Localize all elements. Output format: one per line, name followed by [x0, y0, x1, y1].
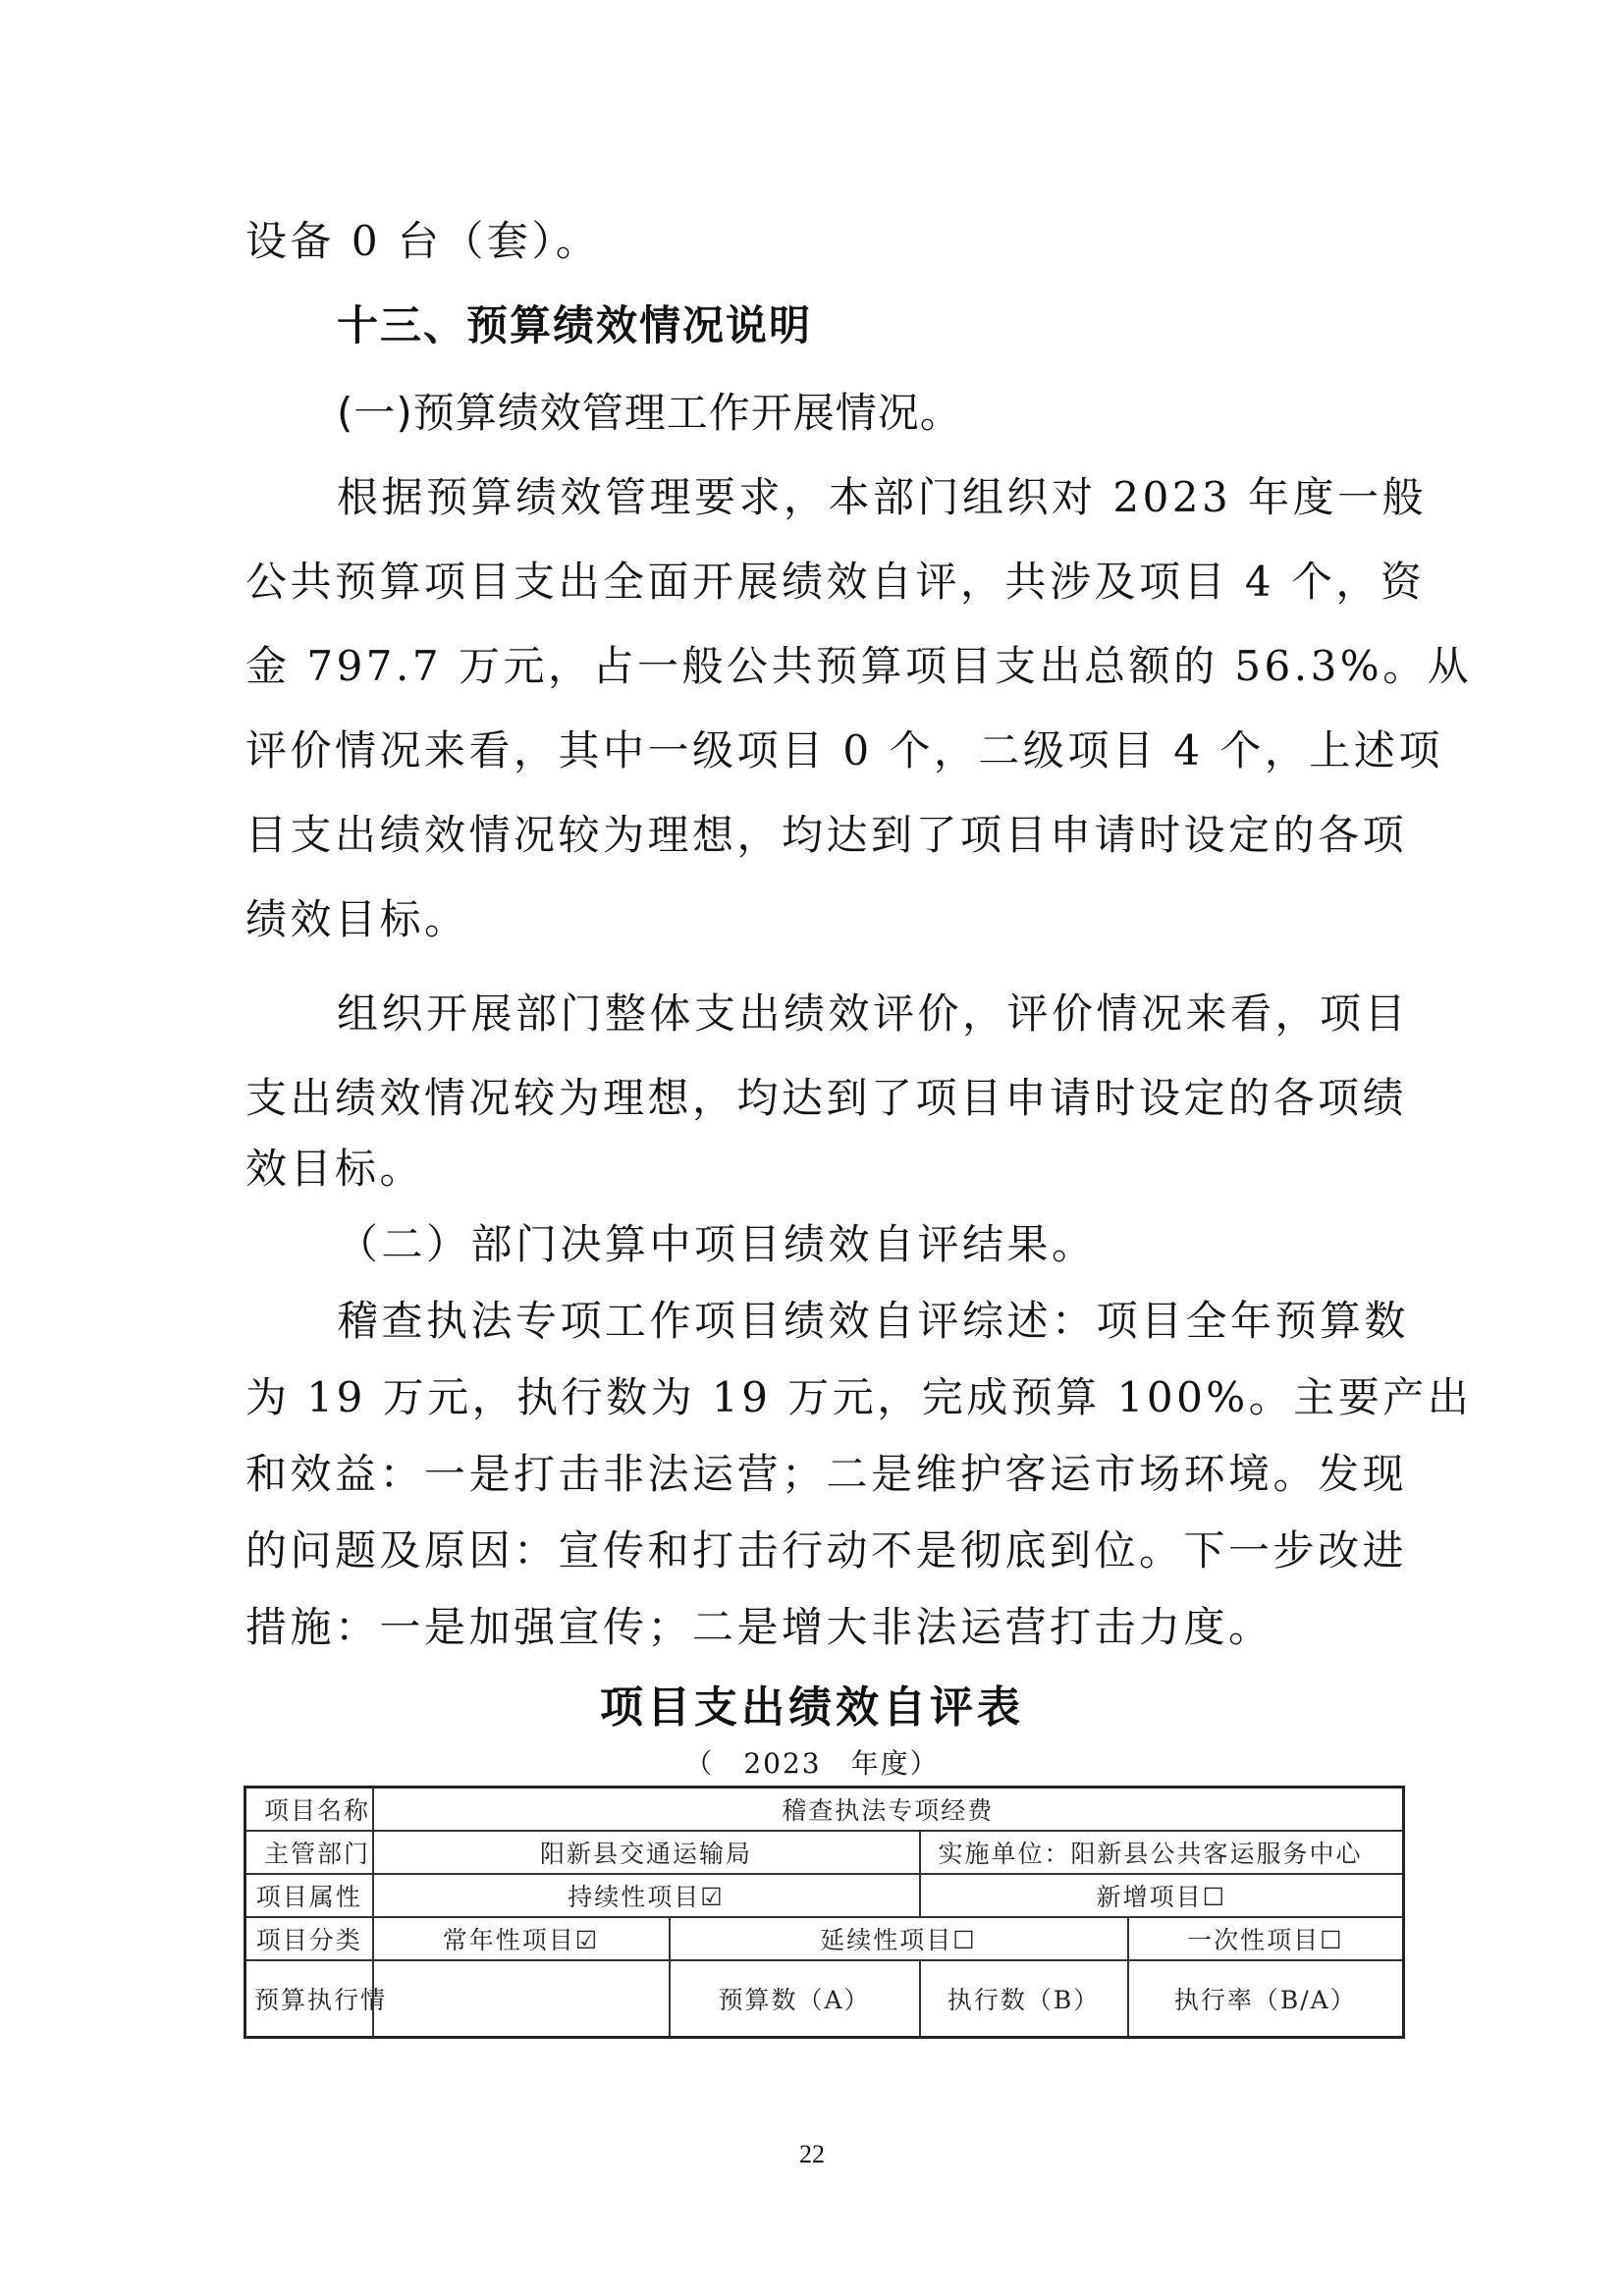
paragraph-line: 根据预算绩效管理要求，本部门组织对 2023 年度一般 — [337, 470, 1476, 525]
table-row: 项目属性 持续性项目☑ 新增项目☐ — [245, 1874, 1404, 1917]
paragraph-line: 设备 0 台（套）。 — [245, 214, 1384, 269]
paragraph-line: 支出绩效情况较为理想，均达到了项目申请时设定的各项绩 — [245, 1071, 1384, 1126]
paragraph-line: 评价情况来看，其中一级项目 0 个，二级项目 4 个，上述项 — [245, 723, 1384, 778]
dept-label: 主管部门 — [245, 1831, 373, 1874]
project-name-value: 稽查执法专项经费 — [373, 1788, 1404, 1832]
paragraph-line: 绩效目标。 — [245, 892, 1384, 947]
paragraph-line: 和效益：一是打击非法运营；二是维护客运市场环境。发现 — [245, 1447, 1384, 1502]
paragraph-line: 为 19 万元，执行数为 19 万元，完成预算 100%。主要产出 — [245, 1370, 1384, 1425]
attr-label: 项目属性 — [245, 1874, 373, 1917]
table-row: 预算执行情 预算数（A） 执行数（B） 执行率（B/A） — [245, 1960, 1404, 2038]
attr-continuing: 持续性项目☑ — [373, 1874, 920, 1917]
paragraph-line: 组织开展部门整体支出绩效评价，评价情况来看，项目 — [337, 987, 1476, 1041]
paragraph-line: 效目标。 — [245, 1142, 1384, 1197]
performance-self-eval-table: 项目名称 稽查执法专项经费 主管部门 阳新县交通运输局 实施单位：阳新县公共客运… — [244, 1786, 1405, 2039]
rate-header: 执行率（B/A） — [1128, 1960, 1404, 2038]
budget-empty-cell — [373, 1960, 670, 2038]
category-onetime: 一次性项目☐ — [1128, 1917, 1404, 1960]
category-annual: 常年性项目☑ — [373, 1917, 670, 1960]
paragraph-line: 稽查执法专项工作项目绩效自评综述：项目全年预算数 — [337, 1294, 1476, 1349]
attr-new: 新增项目☐ — [920, 1874, 1404, 1917]
paragraph-line: （二）部门决算中项目绩效自评结果。 — [337, 1217, 1476, 1272]
paragraph-line: 措施：一是加强宣传；二是增大非法运营打击力度。 — [245, 1600, 1384, 1655]
table-title: 项目支出绩效自评表 — [0, 1672, 1624, 1735]
impl-unit: 实施单位：阳新县公共客运服务中心 — [920, 1831, 1404, 1874]
budget-label: 预算执行情 — [245, 1960, 373, 2038]
category-extended: 延续性项目☐ — [670, 1917, 1128, 1960]
subsection-heading: (一)预算绩效管理工作开展情况。 — [337, 386, 1476, 441]
paragraph-line: 目支出绩效情况较为理想，均达到了项目申请时设定的各项 — [245, 808, 1384, 863]
exec-b-header: 执行数（B） — [920, 1960, 1128, 2038]
table-row: 项目分类 常年性项目☑ 延续性项目☐ 一次性项目☐ — [245, 1917, 1404, 1960]
dept-value: 阳新县交通运输局 — [373, 1831, 920, 1874]
table-row: 主管部门 阳新县交通运输局 实施单位：阳新县公共客运服务中心 — [245, 1831, 1404, 1874]
table-row: 项目名称 稽查执法专项经费 — [245, 1788, 1404, 1832]
paragraph-line: 的问题及原因：宣传和打击行动不是彻底到位。下一步改进 — [245, 1523, 1384, 1578]
page-number: 22 — [0, 2140, 1624, 2169]
section-heading: 十三、预算绩效情况说明 — [337, 298, 1476, 353]
paragraph-line: 公共预算项目支出全面开展绩效自评，共涉及项目 4 个，资 — [245, 555, 1384, 610]
document-page: 设备 0 台（套）。十三、预算绩效情况说明(一)预算绩效管理工作开展情况。根据预… — [0, 0, 1624, 2296]
budget-a-header: 预算数（A） — [670, 1960, 920, 2038]
project-name-label: 项目名称 — [245, 1788, 373, 1832]
table-year: （ 2023 年度） — [0, 1742, 1624, 1782]
paragraph-line: 金 797.7 万元，占一般公共预算项目支出总额的 56.3%。从 — [245, 639, 1384, 694]
category-label: 项目分类 — [245, 1917, 373, 1960]
